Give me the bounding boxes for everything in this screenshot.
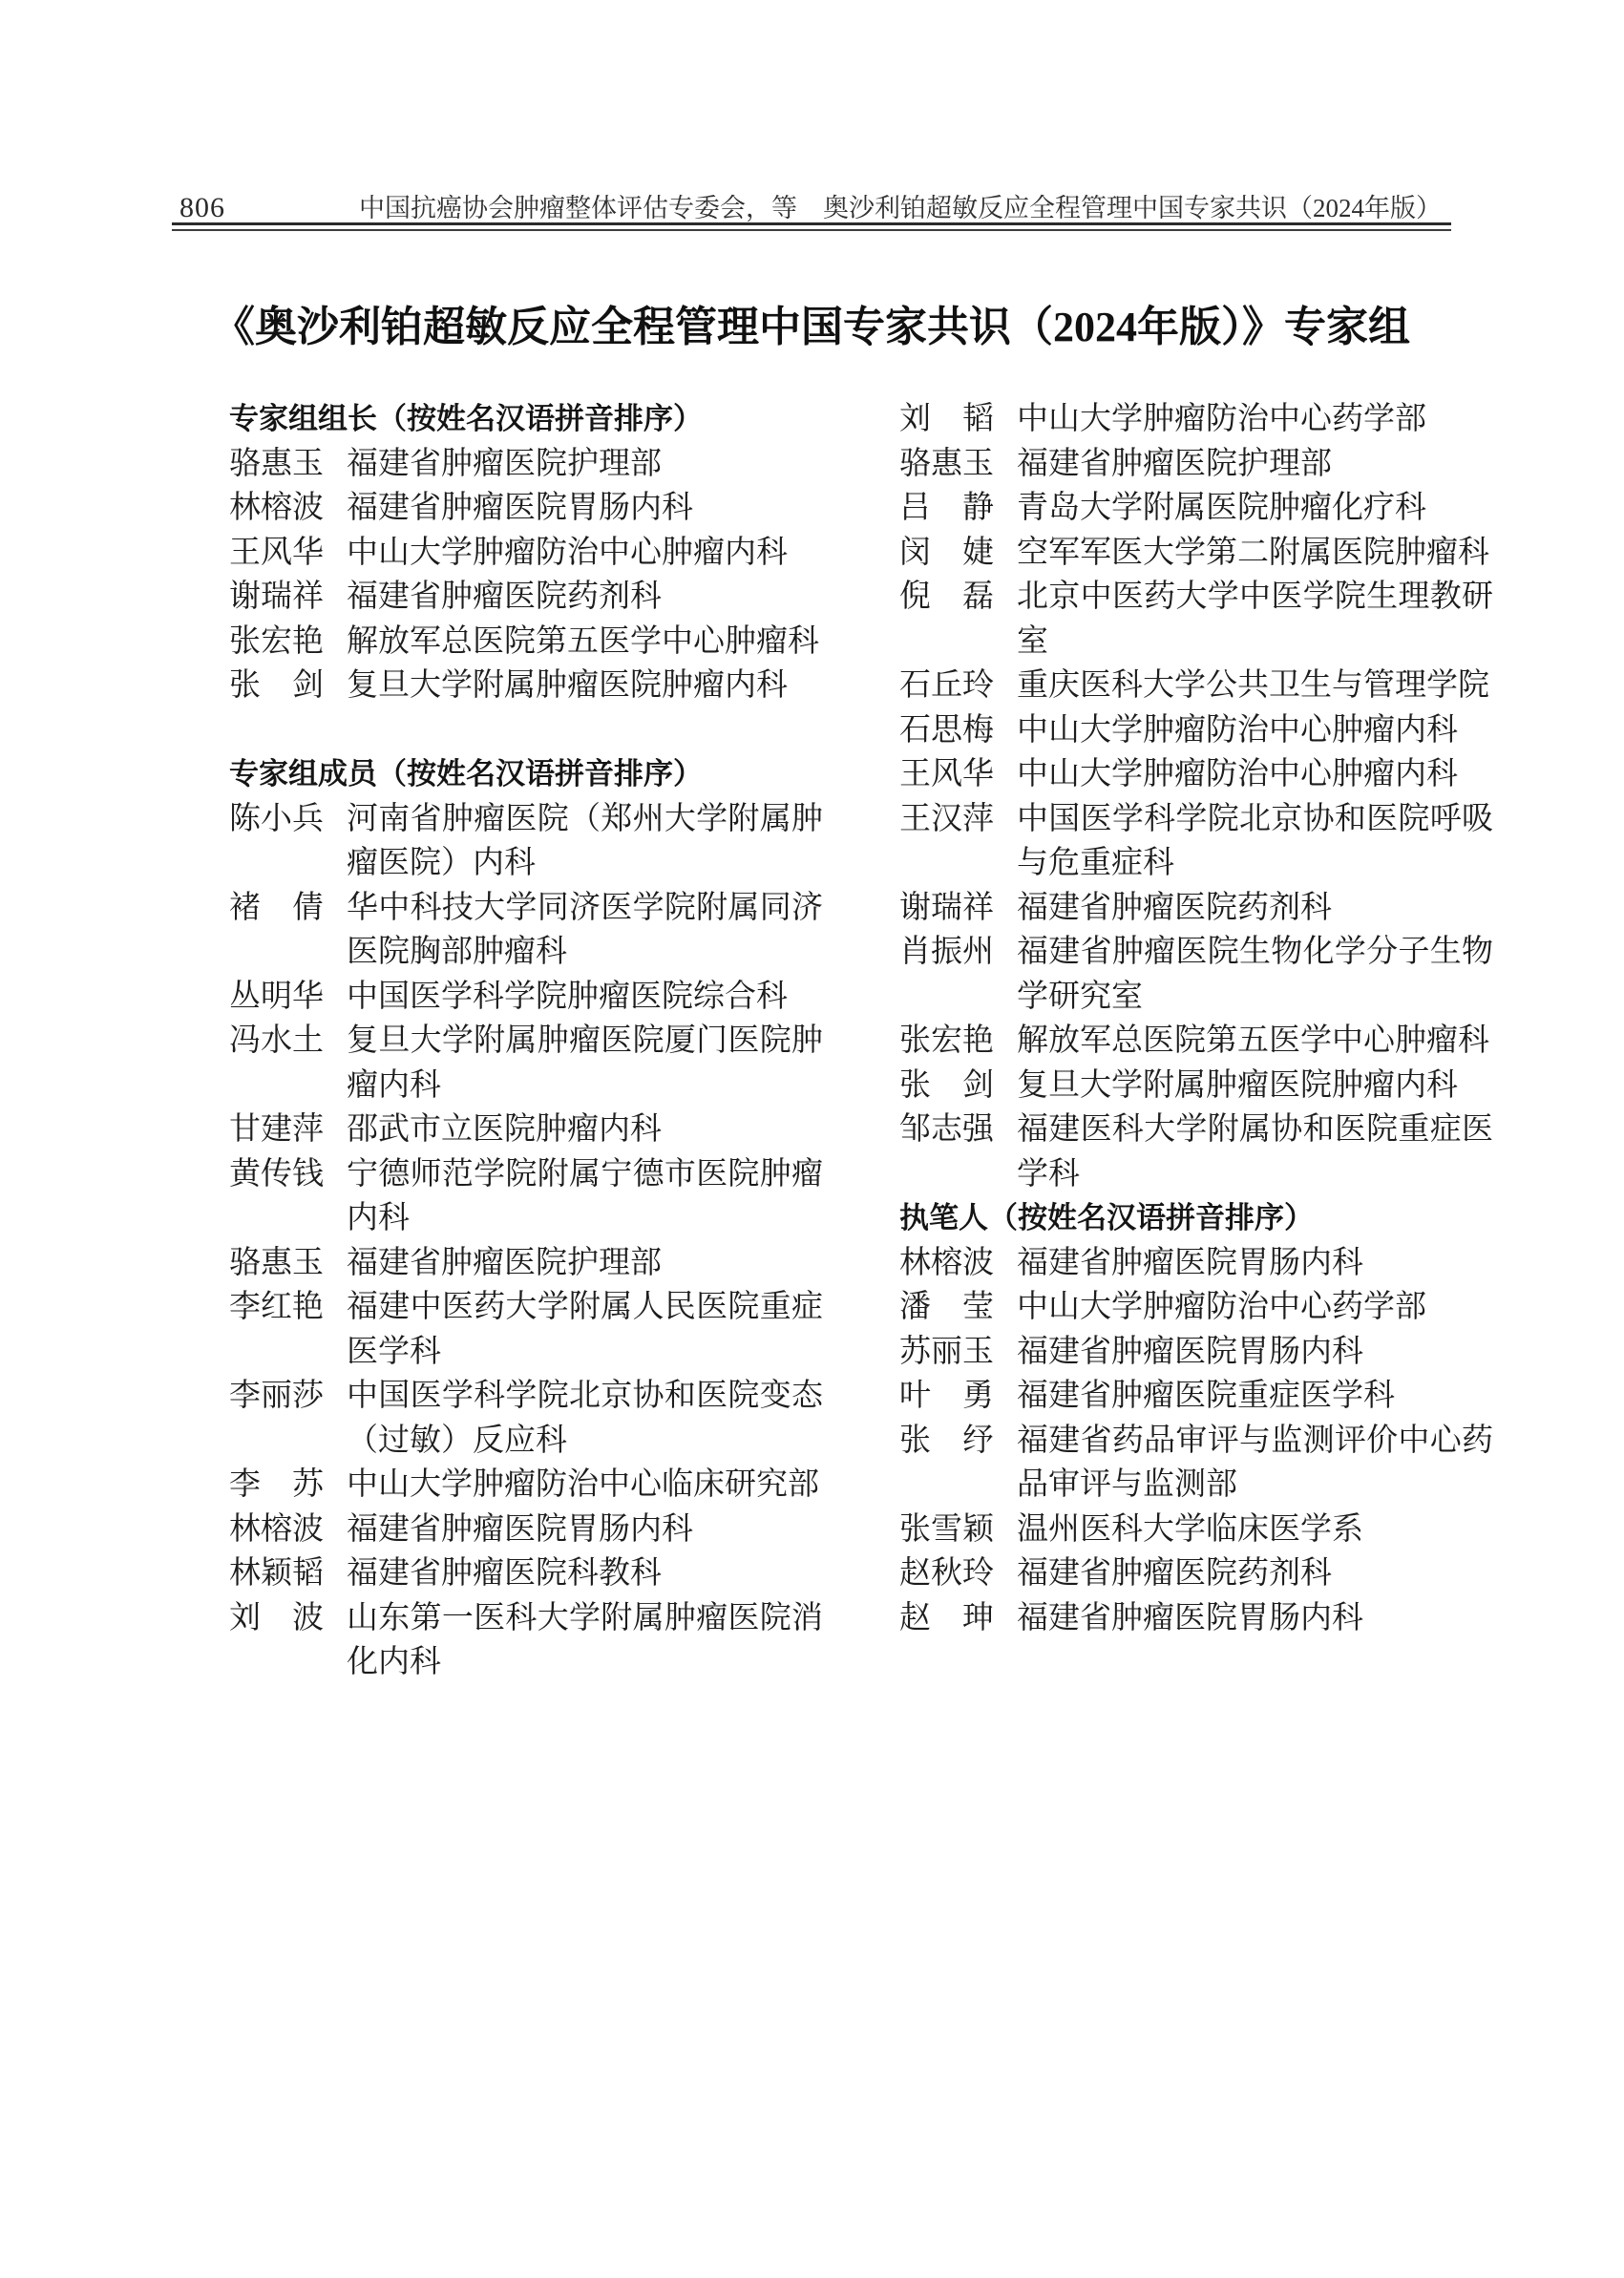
expert-name: 叶 勇	[899, 1374, 995, 1419]
expert-name: 石丘玲	[899, 664, 995, 708]
expert-affiliation: 中山大学肿瘤防治中心肿瘤内科	[347, 531, 823, 576]
page-title: 《奥沙利铂超敏反应全程管理中国专家共识（2024年版）》专家组	[172, 292, 1451, 353]
expert-entry: 李红艳福建中医药大学附属人民医院重症医学科	[229, 1285, 823, 1374]
expert-entry: 林颖韬福建省肿瘤医院科教科	[229, 1551, 823, 1596]
expert-entry: 刘 韬中山大学肿瘤防治中心药学部	[899, 397, 1493, 442]
expert-entry: 张 纾福建省药品审评与监测评价中心药品审评与监测部	[899, 1419, 1493, 1508]
expert-entry: 褚 倩华中科技大学同济医学院附属同济医院胸部肿瘤科	[229, 886, 823, 975]
header-rule-thin-line	[172, 229, 1451, 231]
expert-affiliation: 福建省肿瘤医院重症医学科	[1017, 1374, 1493, 1419]
expert-affiliation: 福建省肿瘤医院护理部	[347, 1241, 823, 1286]
document-page: 806 中国抗癌协会肿瘤整体评估专委会，等 奥沙利铂超敏反应全程管理中国专家共识…	[0, 0, 1624, 2278]
expert-entry: 吕 静青岛大学附属医院肿瘤化疗科	[899, 486, 1493, 531]
expert-name: 林榕波	[229, 1508, 325, 1552]
expert-entry: 石丘玲重庆医科大学公共卫生与管理学院	[899, 664, 1493, 708]
expert-affiliation: 福建省肿瘤医院胃肠内科	[1017, 1241, 1493, 1286]
expert-name: 苏丽玉	[899, 1330, 995, 1375]
expert-entry: 邹志强福建医科大学附属协和医院重症医学科	[899, 1107, 1493, 1196]
expert-affiliation: 宁德师范学院附属宁德市医院肿瘤内科	[347, 1152, 823, 1241]
expert-affiliation: 中山大学肿瘤防治中心肿瘤内科	[1017, 708, 1493, 753]
expert-entry: 林榕波福建省肿瘤医院胃肠内科	[899, 1241, 1493, 1286]
page-header: 806 中国抗癌协会肿瘤整体评估专委会，等 奥沙利铂超敏反应全程管理中国专家共识…	[179, 187, 1442, 224]
expert-entry: 肖振州福建省肿瘤医院生物化学分子生物学研究室	[899, 930, 1493, 1019]
expert-name: 丛明华	[229, 975, 325, 1020]
expert-name: 甘建萍	[229, 1107, 325, 1152]
expert-entry: 谢瑞祥福建省肿瘤医院药剂科	[899, 886, 1493, 931]
section-heading: 执笔人（按姓名汉语拼音排序）	[899, 1196, 1493, 1241]
expert-affiliation: 福建省肿瘤医院胃肠内科	[1017, 1330, 1493, 1375]
expert-name: 张 剑	[229, 664, 325, 708]
expert-column-left: 专家组组长（按姓名汉语拼音排序）骆惠玉福建省肿瘤医院护理部林榕波福建省肿瘤医院胃…	[229, 397, 823, 1685]
header-rule-thick-line	[172, 222, 1451, 225]
expert-entry: 张 剑复旦大学附属肿瘤医院肿瘤内科	[899, 1064, 1493, 1108]
expert-entry: 陈小兵河南省肿瘤医院（郑州大学附属肿瘤医院）内科	[229, 797, 823, 886]
expert-entry: 李 苏中山大学肿瘤防治中心临床研究部	[229, 1463, 823, 1508]
expert-name: 刘 波	[229, 1596, 325, 1641]
expert-entry: 叶 勇福建省肿瘤医院重症医学科	[899, 1374, 1493, 1419]
expert-affiliation: 中山大学肿瘤防治中心肿瘤内科	[1017, 752, 1493, 797]
expert-entry: 李丽莎中国医学科学院北京协和医院变态（过敏）反应科	[229, 1374, 823, 1463]
expert-affiliation: 空军军医大学第二附属医院肿瘤科	[1017, 531, 1493, 576]
expert-entry: 黄传钱宁德师范学院附属宁德市医院肿瘤内科	[229, 1152, 823, 1241]
expert-affiliation: 福建省肿瘤医院胃肠内科	[347, 1508, 823, 1552]
expert-name: 张雪颖	[899, 1508, 995, 1552]
expert-name: 石思梅	[899, 708, 995, 753]
expert-entry: 张宏艳解放军总医院第五医学中心肿瘤科	[899, 1019, 1493, 1064]
running-header-title: 中国抗癌协会肿瘤整体评估专委会，等 奥沙利铂超敏反应全程管理中国专家共识（202…	[359, 187, 1442, 224]
expert-name: 赵秋玲	[899, 1551, 995, 1596]
expert-entry: 骆惠玉福建省肿瘤医院护理部	[229, 1241, 823, 1286]
header-rule	[172, 222, 1451, 231]
expert-affiliation: 解放军总医院第五医学中心肿瘤科	[1017, 1019, 1493, 1064]
section-heading: 专家组组长（按姓名汉语拼音排序）	[229, 397, 823, 442]
expert-name: 冯水土	[229, 1019, 325, 1064]
expert-name: 李 苏	[229, 1463, 325, 1508]
expert-affiliation: 复旦大学附属肿瘤医院肿瘤内科	[1017, 1064, 1493, 1108]
expert-affiliation: 重庆医科大学公共卫生与管理学院	[1017, 664, 1493, 708]
expert-name: 王风华	[229, 531, 325, 576]
expert-affiliation: 福建省肿瘤医院胃肠内科	[347, 486, 823, 531]
expert-entry: 赵 珅福建省肿瘤医院胃肠内科	[899, 1596, 1493, 1641]
expert-name: 倪 磊	[899, 575, 995, 620]
expert-entry: 张宏艳解放军总医院第五医学中心肿瘤科	[229, 620, 823, 664]
expert-name: 张宏艳	[229, 620, 325, 664]
expert-entry: 王汉萍中国医学科学院北京协和医院呼吸与危重症科	[899, 797, 1493, 886]
page-number: 806	[179, 192, 225, 224]
expert-name: 吕 静	[899, 486, 995, 531]
expert-affiliation: 福建省肿瘤医院药剂科	[347, 575, 823, 620]
expert-name: 李丽莎	[229, 1374, 325, 1419]
expert-name: 林榕波	[229, 486, 325, 531]
expert-name: 张 纾	[899, 1419, 995, 1464]
expert-entry: 闵 婕空军军医大学第二附属医院肿瘤科	[899, 531, 1493, 576]
expert-affiliation: 福建省肿瘤医院药剂科	[1017, 886, 1493, 931]
expert-affiliation: 福建省肿瘤医院生物化学分子生物学研究室	[1017, 930, 1493, 1019]
expert-affiliation: 福建医科大学附属协和医院重症医学科	[1017, 1107, 1493, 1196]
expert-name: 王风华	[899, 752, 995, 797]
expert-affiliation: 福建省肿瘤医院药剂科	[1017, 1551, 1493, 1596]
expert-affiliation: 山东第一医科大学附属肿瘤医院消化内科	[347, 1596, 823, 1685]
expert-entry: 苏丽玉福建省肿瘤医院胃肠内科	[899, 1330, 1493, 1375]
expert-name: 骆惠玉	[229, 442, 325, 487]
expert-entry: 王风华中山大学肿瘤防治中心肿瘤内科	[229, 531, 823, 576]
expert-entry: 赵秋玲福建省肿瘤医院药剂科	[899, 1551, 1493, 1596]
expert-affiliation: 中国医学科学院北京协和医院呼吸与危重症科	[1017, 797, 1493, 886]
expert-column-right: 刘 韬中山大学肿瘤防治中心药学部骆惠玉福建省肿瘤医院护理部吕 静青岛大学附属医院…	[899, 397, 1493, 1685]
expert-name: 林颖韬	[229, 1551, 325, 1596]
expert-name: 骆惠玉	[899, 442, 995, 487]
expert-affiliation: 福建中医药大学附属人民医院重症医学科	[347, 1285, 823, 1374]
expert-affiliation: 复旦大学附属肿瘤医院肿瘤内科	[347, 664, 823, 708]
expert-entry: 谢瑞祥福建省肿瘤医院药剂科	[229, 575, 823, 620]
expert-name: 王汉萍	[899, 797, 995, 842]
expert-name: 黄传钱	[229, 1152, 325, 1197]
expert-name: 骆惠玉	[229, 1241, 325, 1286]
expert-affiliation: 中山大学肿瘤防治中心临床研究部	[347, 1463, 823, 1508]
expert-affiliation: 福建省肿瘤医院胃肠内科	[1017, 1596, 1493, 1641]
expert-name: 谢瑞祥	[229, 575, 325, 620]
expert-name: 陈小兵	[229, 797, 325, 842]
expert-entry: 甘建萍邵武市立医院肿瘤内科	[229, 1107, 823, 1152]
expert-entry: 张雪颖温州医科大学临床医学系	[899, 1508, 1493, 1552]
expert-affiliation: 中山大学肿瘤防治中心药学部	[1017, 397, 1493, 442]
expert-affiliation: 邵武市立医院肿瘤内科	[347, 1107, 823, 1152]
expert-name: 闵 婕	[899, 531, 995, 576]
expert-name: 刘 韬	[899, 397, 995, 442]
expert-entry: 王风华中山大学肿瘤防治中心肿瘤内科	[899, 752, 1493, 797]
expert-affiliation: 中国医学科学院肿瘤医院综合科	[347, 975, 823, 1020]
expert-affiliation: 北京中医药大学中医学院生理教研室	[1017, 575, 1493, 664]
expert-affiliation: 复旦大学附属肿瘤医院厦门医院肿瘤内科	[347, 1019, 823, 1107]
expert-affiliation: 华中科技大学同济医学院附属同济医院胸部肿瘤科	[347, 886, 823, 975]
expert-entry: 张 剑复旦大学附属肿瘤医院肿瘤内科	[229, 664, 823, 708]
expert-entry: 丛明华中国医学科学院肿瘤医院综合科	[229, 975, 823, 1020]
section-heading: 专家组成员（按姓名汉语拼音排序）	[229, 752, 823, 797]
expert-affiliation: 福建省肿瘤医院护理部	[1017, 442, 1493, 487]
expert-name: 张宏艳	[899, 1019, 995, 1064]
expert-affiliation: 福建省肿瘤医院护理部	[347, 442, 823, 487]
expert-name: 林榕波	[899, 1241, 995, 1286]
expert-name: 张 剑	[899, 1064, 995, 1108]
expert-affiliation: 福建省肿瘤医院科教科	[347, 1551, 823, 1596]
expert-name: 邹志强	[899, 1107, 995, 1152]
expert-affiliation: 河南省肿瘤医院（郑州大学附属肿瘤医院）内科	[347, 797, 823, 886]
expert-name: 李红艳	[229, 1285, 325, 1330]
expert-entry: 林榕波福建省肿瘤医院胃肠内科	[229, 486, 823, 531]
expert-name: 褚 倩	[229, 886, 325, 931]
expert-name: 赵 珅	[899, 1596, 995, 1641]
expert-affiliation: 温州医科大学临床医学系	[1017, 1508, 1493, 1552]
expert-affiliation: 中国医学科学院北京协和医院变态（过敏）反应科	[347, 1374, 823, 1463]
section-spacer	[229, 708, 823, 753]
expert-entry: 林榕波福建省肿瘤医院胃肠内科	[229, 1508, 823, 1552]
expert-entry: 骆惠玉福建省肿瘤医院护理部	[899, 442, 1493, 487]
expert-affiliation: 解放军总医院第五医学中心肿瘤科	[347, 620, 823, 664]
expert-affiliation: 中山大学肿瘤防治中心药学部	[1017, 1285, 1493, 1330]
expert-name: 肖振州	[899, 930, 995, 975]
expert-affiliation: 青岛大学附属医院肿瘤化疗科	[1017, 486, 1493, 531]
expert-entry: 骆惠玉福建省肿瘤医院护理部	[229, 442, 823, 487]
expert-name: 谢瑞祥	[899, 886, 995, 931]
expert-entry: 冯水土复旦大学附属肿瘤医院厦门医院肿瘤内科	[229, 1019, 823, 1107]
expert-entry: 石思梅中山大学肿瘤防治中心肿瘤内科	[899, 708, 1493, 753]
expert-list-columns: 专家组组长（按姓名汉语拼音排序）骆惠玉福建省肿瘤医院护理部林榕波福建省肿瘤医院胃…	[229, 397, 1493, 1685]
expert-name: 潘 莹	[899, 1285, 995, 1330]
expert-entry: 潘 莹中山大学肿瘤防治中心药学部	[899, 1285, 1493, 1330]
expert-affiliation: 福建省药品审评与监测评价中心药品审评与监测部	[1017, 1419, 1493, 1508]
expert-entry: 刘 波山东第一医科大学附属肿瘤医院消化内科	[229, 1596, 823, 1685]
expert-entry: 倪 磊北京中医药大学中医学院生理教研室	[899, 575, 1493, 664]
